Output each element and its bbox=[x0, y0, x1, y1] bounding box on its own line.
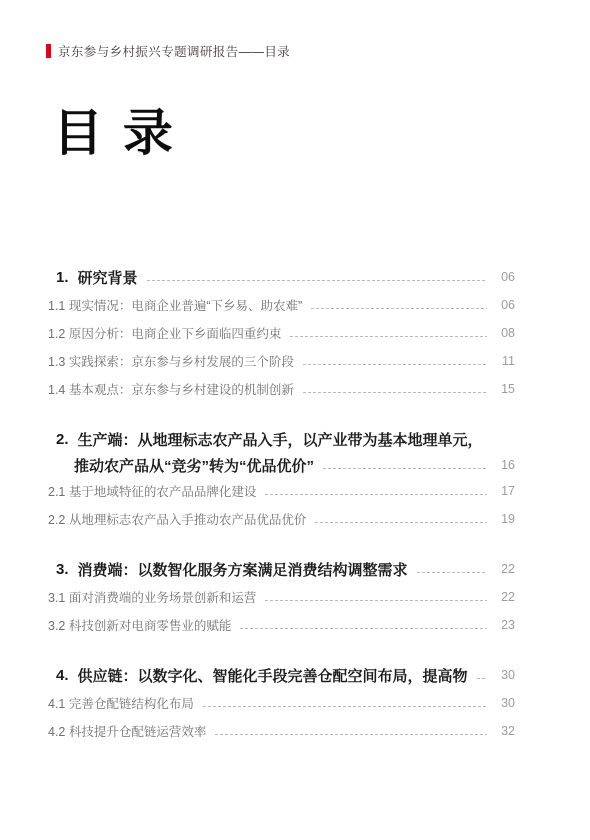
toc-entry[interactable]: 1.3 实践探索：京东参与乡村发展的三个阶段 11 bbox=[46, 347, 515, 375]
toc-entry[interactable]: 2.1 基于地域特征的农产品品牌化建设 17 bbox=[46, 477, 515, 505]
dotted-leader bbox=[303, 364, 487, 365]
toc-entry[interactable]: 4.1 完善仓配链结构化布局 30 bbox=[46, 689, 515, 717]
red-accent-bar bbox=[46, 44, 51, 58]
page-number: 30 bbox=[497, 668, 515, 682]
section-title-line2: 推动农产品从“竞劣”转为“优品优价” bbox=[74, 455, 314, 476]
toc-entry[interactable]: 4.2 科技提升仓配链运营效率 32 bbox=[46, 717, 515, 745]
table-of-contents: 1. 研究背景 06 1.1 现实情况：电商企业普遍“下乡易、助农难” 06 1… bbox=[46, 263, 515, 745]
page-number: 17 bbox=[497, 484, 515, 498]
entry-label: 1.1 现实情况：电商企业普遍“下乡易、助农难” bbox=[48, 296, 302, 314]
dotted-leader bbox=[417, 572, 487, 573]
entry-label: 1.3 实践探索：京东参与乡村发展的三个阶段 bbox=[48, 352, 294, 370]
toc-section-heading-continued[interactable]: 推动农产品从“竞劣”转为“优品优价” 16 bbox=[46, 453, 515, 477]
entry-label: 2.1 基于地域特征的农产品品牌化建设 bbox=[48, 482, 256, 500]
entry-label: 4.2 科技提升仓配链运营效率 bbox=[48, 722, 206, 740]
page-number: 22 bbox=[497, 590, 515, 604]
entry-label: 1.4 基本观点：京东参与乡村建设的机制创新 bbox=[48, 380, 294, 398]
section-number: 2. bbox=[56, 431, 69, 448]
page-number: 11 bbox=[497, 354, 515, 368]
dotted-leader bbox=[315, 522, 487, 523]
header-title: 京东参与乡村振兴专题调研报告——目录 bbox=[58, 42, 290, 60]
document-page: 京东参与乡村振兴专题调研报告——目录 目 录 1. 研究背景 06 1.1 现实… bbox=[0, 0, 590, 840]
entry-label: 4.1 完善仓配链结构化布局 bbox=[48, 694, 194, 712]
section-title: 研究背景 bbox=[78, 267, 138, 288]
dotted-leader bbox=[147, 280, 487, 281]
section-title: 生产端：从地理标志农产品入手，以产业带为基本地理单元， bbox=[78, 429, 483, 450]
toc-section-2: 2. 生产端：从地理标志农产品入手，以产业带为基本地理单元， 推动农产品从“竞劣… bbox=[46, 425, 515, 533]
dotted-leader bbox=[311, 308, 487, 309]
page-number: 16 bbox=[497, 458, 515, 472]
toc-section-1: 1. 研究背景 06 1.1 现实情况：电商企业普遍“下乡易、助农难” 06 1… bbox=[46, 263, 515, 403]
entry-label: 2.2 从地理标志农产品入手推动农产品优品优价 bbox=[48, 510, 306, 528]
page-title: 目 录 bbox=[53, 108, 176, 158]
dotted-leader bbox=[290, 336, 487, 337]
section-number: 1. bbox=[56, 269, 69, 286]
page-number: 06 bbox=[497, 270, 515, 284]
toc-section-4: 4. 供应链：以数字化、智能化手段完善仓配空间布局，提高物流效率 30 4.1 … bbox=[46, 661, 515, 745]
toc-entry[interactable]: 3.2 科技创新对电商零售业的赋能 23 bbox=[46, 611, 515, 639]
page-number: 06 bbox=[497, 298, 515, 312]
entry-label: 1.2 原因分析：电商企业下乡面临四重约束 bbox=[48, 324, 281, 342]
section-title: 供应链：以数字化、智能化手段完善仓配空间布局，提高物流效率 bbox=[78, 665, 468, 686]
page-number: 08 bbox=[497, 326, 515, 340]
page-header: 京东参与乡村振兴专题调研报告——目录 bbox=[46, 42, 290, 60]
dotted-leader bbox=[265, 600, 487, 601]
toc-section-heading[interactable]: 1. 研究背景 06 bbox=[46, 263, 515, 291]
toc-section-heading[interactable]: 2. 生产端：从地理标志农产品入手，以产业带为基本地理单元， bbox=[46, 425, 515, 453]
dotted-leader bbox=[215, 734, 487, 735]
entry-label: 3.1 面对消费端的业务场景创新和运营 bbox=[48, 588, 256, 606]
dotted-leader bbox=[303, 392, 487, 393]
section-number: 3. bbox=[56, 561, 69, 578]
dotted-leader bbox=[240, 628, 487, 629]
dotted-leader bbox=[323, 468, 487, 469]
dotted-leader bbox=[203, 706, 487, 707]
toc-section-3: 3. 消费端：以数智化服务方案满足消费结构调整需求 22 3.1 面对消费端的业… bbox=[46, 555, 515, 639]
toc-section-heading[interactable]: 3. 消费端：以数智化服务方案满足消费结构调整需求 22 bbox=[46, 555, 515, 583]
page-number: 32 bbox=[497, 724, 515, 738]
page-number: 30 bbox=[497, 696, 515, 710]
dotted-leader bbox=[477, 678, 487, 679]
toc-entry[interactable]: 2.2 从地理标志农产品入手推动农产品优品优价 19 bbox=[46, 505, 515, 533]
entry-label: 3.2 科技创新对电商零售业的赋能 bbox=[48, 616, 231, 634]
page-number: 15 bbox=[497, 382, 515, 396]
toc-entry[interactable]: 1.2 原因分析：电商企业下乡面临四重约束 08 bbox=[46, 319, 515, 347]
toc-entry[interactable]: 1.1 现实情况：电商企业普遍“下乡易、助农难” 06 bbox=[46, 291, 515, 319]
page-number: 22 bbox=[497, 562, 515, 576]
toc-section-heading[interactable]: 4. 供应链：以数字化、智能化手段完善仓配空间布局，提高物流效率 30 bbox=[46, 661, 515, 689]
toc-entry[interactable]: 3.1 面对消费端的业务场景创新和运营 22 bbox=[46, 583, 515, 611]
toc-entry[interactable]: 1.4 基本观点：京东参与乡村建设的机制创新 15 bbox=[46, 375, 515, 403]
dotted-leader bbox=[265, 494, 487, 495]
section-number: 4. bbox=[56, 667, 69, 684]
page-number: 19 bbox=[497, 512, 515, 526]
section-title: 消费端：以数智化服务方案满足消费结构调整需求 bbox=[78, 559, 408, 580]
page-number: 23 bbox=[497, 618, 515, 632]
